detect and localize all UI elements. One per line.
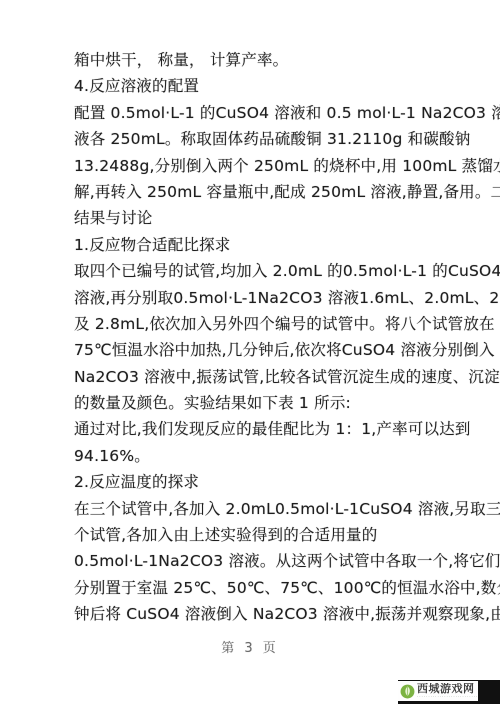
watermark-text-column: 西城游戏网 ····························· xyxy=(417,683,478,699)
text-line: 0.5mol·L-1Na2CO3 溶液。从这两个试管中各取一个,将它们 xyxy=(74,548,434,574)
text-line: 个试管,各加入由上述实验得到的合适用量的 xyxy=(74,522,434,548)
page-footer: 第 3 页 xyxy=(0,637,500,656)
watermark-panel: 西城游戏网 ····························· xyxy=(398,681,478,701)
text-line: 分别置于室温 25℃、50℃、75℃、100℃的恒温水浴中,数分 xyxy=(74,575,434,601)
text-line: 的数量及颜色。实验结果如下表 1 所示: xyxy=(74,390,434,416)
text-line: 解,再转入 250mL 容量瓶中,配成 250mL 溶液,静置,备用。二、 xyxy=(74,179,434,205)
text-line: 结果与讨论 xyxy=(74,205,434,231)
text-line: 及 2.8mL,依次加入另外四个编号的试管中。将八个试管放在 xyxy=(74,311,434,337)
document-text-block: 箱中烘干， 称量， 计算产率。4.反应溶液的配置配置 0.5mol·L-1 的C… xyxy=(74,47,434,628)
text-line: 钟后将 CuSO4 溶液倒入 Na2CO3 溶液中,振荡并观察现象,由 xyxy=(74,601,434,627)
page-number: 第 3 页 xyxy=(221,637,279,656)
text-line: 4.反应溶液的配置 xyxy=(74,73,434,99)
text-line: 溶液,再分别取0.5mol·L-1Na2CO3 溶液1.6mL、2.0mL、2.… xyxy=(74,285,434,311)
watermark-leaf-logo-icon xyxy=(400,684,415,699)
text-line: 13.2488g,分别倒入两个 250mL 的烧杯中,用 100mL 蒸馏水溶 xyxy=(74,153,434,179)
text-line: 取四个已编号的试管,均加入 2.0mL 的0.5mol·L-1 的CuSO4 xyxy=(74,258,434,284)
text-line: 通过对比,我们发现反应的最佳配比为 1：1,产率可以达到 xyxy=(74,416,434,442)
watermark-site-name: 西城游戏网 xyxy=(417,683,478,695)
text-line: 1.反应物合适配比探求 xyxy=(74,232,434,258)
document-page: 箱中烘干， 称量， 计算产率。4.反应溶液的配置配置 0.5mol·L-1 的C… xyxy=(0,0,500,707)
text-line: 94.16%。 xyxy=(74,443,434,469)
text-line: 箱中烘干， 称量， 计算产率。 xyxy=(74,47,434,73)
text-line: 在三个试管中,各加入 2.0mL0.5mol·L-1CuSO4 溶液,另取三 xyxy=(74,496,434,522)
text-line: 2.反应温度的探求 xyxy=(74,469,434,495)
text-line: Na2CO3 溶液中,振荡试管,比较各试管沉淀生成的速度、沉淀 xyxy=(74,364,434,390)
text-line: 75℃恒温水浴中加热,几分钟后,依次将CuSO4 溶液分别倒入 xyxy=(74,337,434,363)
watermark-badge: 西城游戏网 ····························· xyxy=(398,680,500,704)
text-line: 配置 0.5mol·L-1 的CuSO4 溶液和 0.5 mol·L-1 Na2… xyxy=(74,100,434,126)
watermark-caption: ····························· xyxy=(417,695,478,699)
text-line: 液各 250mL。称取固体药品硫酸铜 31.2110g 和碳酸钠 xyxy=(74,126,434,152)
